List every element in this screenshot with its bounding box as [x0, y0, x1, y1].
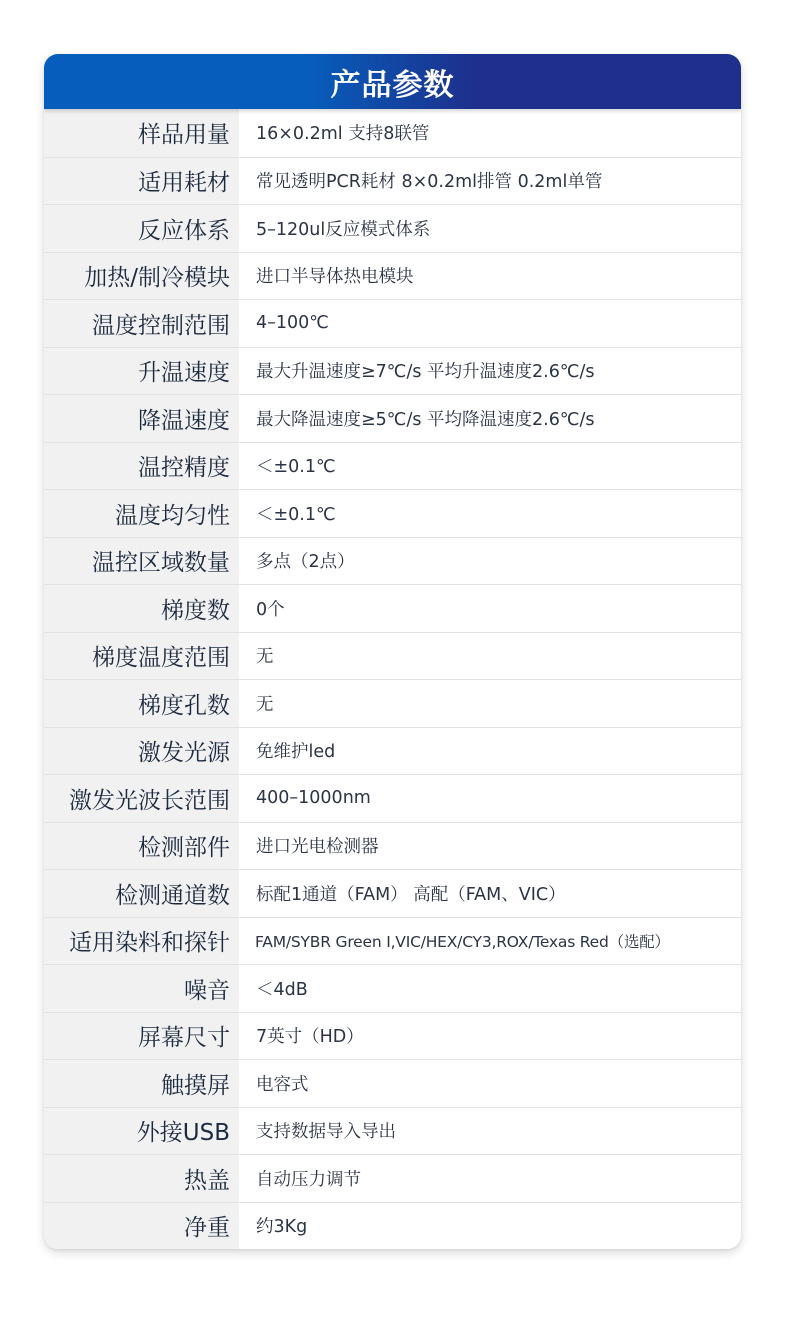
param-label: 梯度孔数 — [44, 680, 239, 727]
param-label: 检测部件 — [44, 823, 239, 870]
param-value: 多点（2点） — [239, 538, 741, 585]
param-label: 激发光源 — [44, 728, 239, 775]
param-value: 约3Kg — [239, 1203, 741, 1250]
param-row-reaction-system: 反应体系5–120ul反应模式体系 — [44, 204, 741, 252]
table-header: 产品参数 — [44, 54, 741, 109]
param-label: 温度均匀性 — [44, 490, 239, 537]
param-row-temp-zones: 温控区域数量多点（2点） — [44, 537, 741, 585]
param-value: 最大升温速度≥7℃/s 平均升温速度2.6℃/s — [239, 348, 741, 395]
param-row-excitation-wavelength: 激发光波长范围400–1000nm — [44, 774, 741, 822]
param-value: 自动压力调节 — [239, 1155, 741, 1202]
param-label: 反应体系 — [44, 205, 239, 252]
param-row-consumables: 适用耗材常见透明PCR耗材 8×0.2ml排管 0.2ml单管 — [44, 157, 741, 205]
param-value: 常见透明PCR耗材 8×0.2ml排管 0.2ml单管 — [239, 158, 741, 205]
param-row-cooling-rate: 降温速度最大降温速度≥5℃/s 平均降温速度2.6℃/s — [44, 394, 741, 442]
param-label: 温控精度 — [44, 443, 239, 490]
param-value: 支持数据导入导出 — [239, 1108, 741, 1155]
param-label: 样品用量 — [44, 109, 239, 157]
param-label: 外接USB — [44, 1108, 239, 1155]
param-row-temp-accuracy: 温控精度＜±0.1℃ — [44, 442, 741, 490]
param-label: 升温速度 — [44, 348, 239, 395]
param-row-touchscreen: 触摸屏电容式 — [44, 1059, 741, 1107]
param-row-temp-uniformity: 温度均匀性＜±0.1℃ — [44, 489, 741, 537]
param-label: 触摸屏 — [44, 1060, 239, 1107]
param-value: 7英寸（HD） — [239, 1013, 741, 1060]
param-value: ＜4dB — [239, 965, 741, 1012]
param-value: 最大降温速度≥5℃/s 平均降温速度2.6℃/s — [239, 395, 741, 442]
param-row-sample-volume: 样品用量16×0.2ml 支持8联管 — [44, 109, 741, 157]
param-label: 加热/制冷模块 — [44, 253, 239, 300]
param-row-heating-rate: 升温速度最大升温速度≥7℃/s 平均升温速度2.6℃/s — [44, 347, 741, 395]
param-label: 激发光波长范围 — [44, 775, 239, 822]
param-row-gradient-range: 梯度温度范围无 — [44, 632, 741, 680]
product-parameters-table: 产品参数 样品用量16×0.2ml 支持8联管 适用耗材常见透明PCR耗材 8×… — [44, 54, 741, 1249]
param-label: 热盖 — [44, 1155, 239, 1202]
param-value: 进口光电检测器 — [239, 823, 741, 870]
param-row-detector: 检测部件进口光电检测器 — [44, 822, 741, 870]
param-value: 16×0.2ml 支持8联管 — [239, 109, 741, 157]
param-row-noise: 噪音＜4dB — [44, 964, 741, 1012]
param-row-temp-range: 温度控制范围4–100℃ — [44, 299, 741, 347]
parameter-rows: 样品用量16×0.2ml 支持8联管 适用耗材常见透明PCR耗材 8×0.2ml… — [44, 109, 741, 1249]
param-row-net-weight: 净重约3Kg — [44, 1202, 741, 1250]
param-value: 400–1000nm — [239, 775, 741, 822]
param-label: 适用染料和探针 — [44, 918, 239, 965]
param-row-detection-channels: 检测通道数标配1通道（FAM） 高配（FAM、VIC） — [44, 869, 741, 917]
param-value: 免维护led — [239, 728, 741, 775]
param-value: 0个 — [239, 585, 741, 632]
param-value: 无 — [239, 633, 741, 680]
param-row-usb: 外接USB支持数据导入导出 — [44, 1107, 741, 1155]
param-label: 梯度数 — [44, 585, 239, 632]
param-row-gradient-count: 梯度数0个 — [44, 584, 741, 632]
param-row-screen-size: 屏幕尺寸7英寸（HD） — [44, 1012, 741, 1060]
param-label: 温控区域数量 — [44, 538, 239, 585]
param-value: 电容式 — [239, 1060, 741, 1107]
param-value: 5–120ul反应模式体系 — [239, 205, 741, 252]
param-value: 无 — [239, 680, 741, 727]
param-label: 检测通道数 — [44, 870, 239, 917]
param-label: 屏幕尺寸 — [44, 1013, 239, 1060]
param-label: 噪音 — [44, 965, 239, 1012]
param-row-dyes-probes: 适用染料和探针FAM/SYBR Green I,VIC/HEX/CY3,ROX/… — [44, 917, 741, 965]
param-label: 梯度温度范围 — [44, 633, 239, 680]
param-value: 标配1通道（FAM） 高配（FAM、VIC） — [239, 870, 741, 917]
param-value: FAM/SYBR Green I,VIC/HEX/CY3,ROX/Texas R… — [239, 918, 741, 965]
param-row-heating-cooling: 加热/制冷模块进口半导体热电模块 — [44, 252, 741, 300]
param-label: 净重 — [44, 1203, 239, 1250]
param-label: 降温速度 — [44, 395, 239, 442]
table-title: 产品参数 — [331, 60, 455, 104]
param-row-gradient-wells: 梯度孔数无 — [44, 679, 741, 727]
param-label: 温度控制范围 — [44, 300, 239, 347]
param-row-excitation-source: 激发光源免维护led — [44, 727, 741, 775]
param-value: 进口半导体热电模块 — [239, 253, 741, 300]
param-row-hot-lid: 热盖自动压力调节 — [44, 1154, 741, 1202]
param-value: ＜±0.1℃ — [239, 443, 741, 490]
param-value: ＜±0.1℃ — [239, 490, 741, 537]
param-label: 适用耗材 — [44, 158, 239, 205]
param-value: 4–100℃ — [239, 300, 741, 347]
